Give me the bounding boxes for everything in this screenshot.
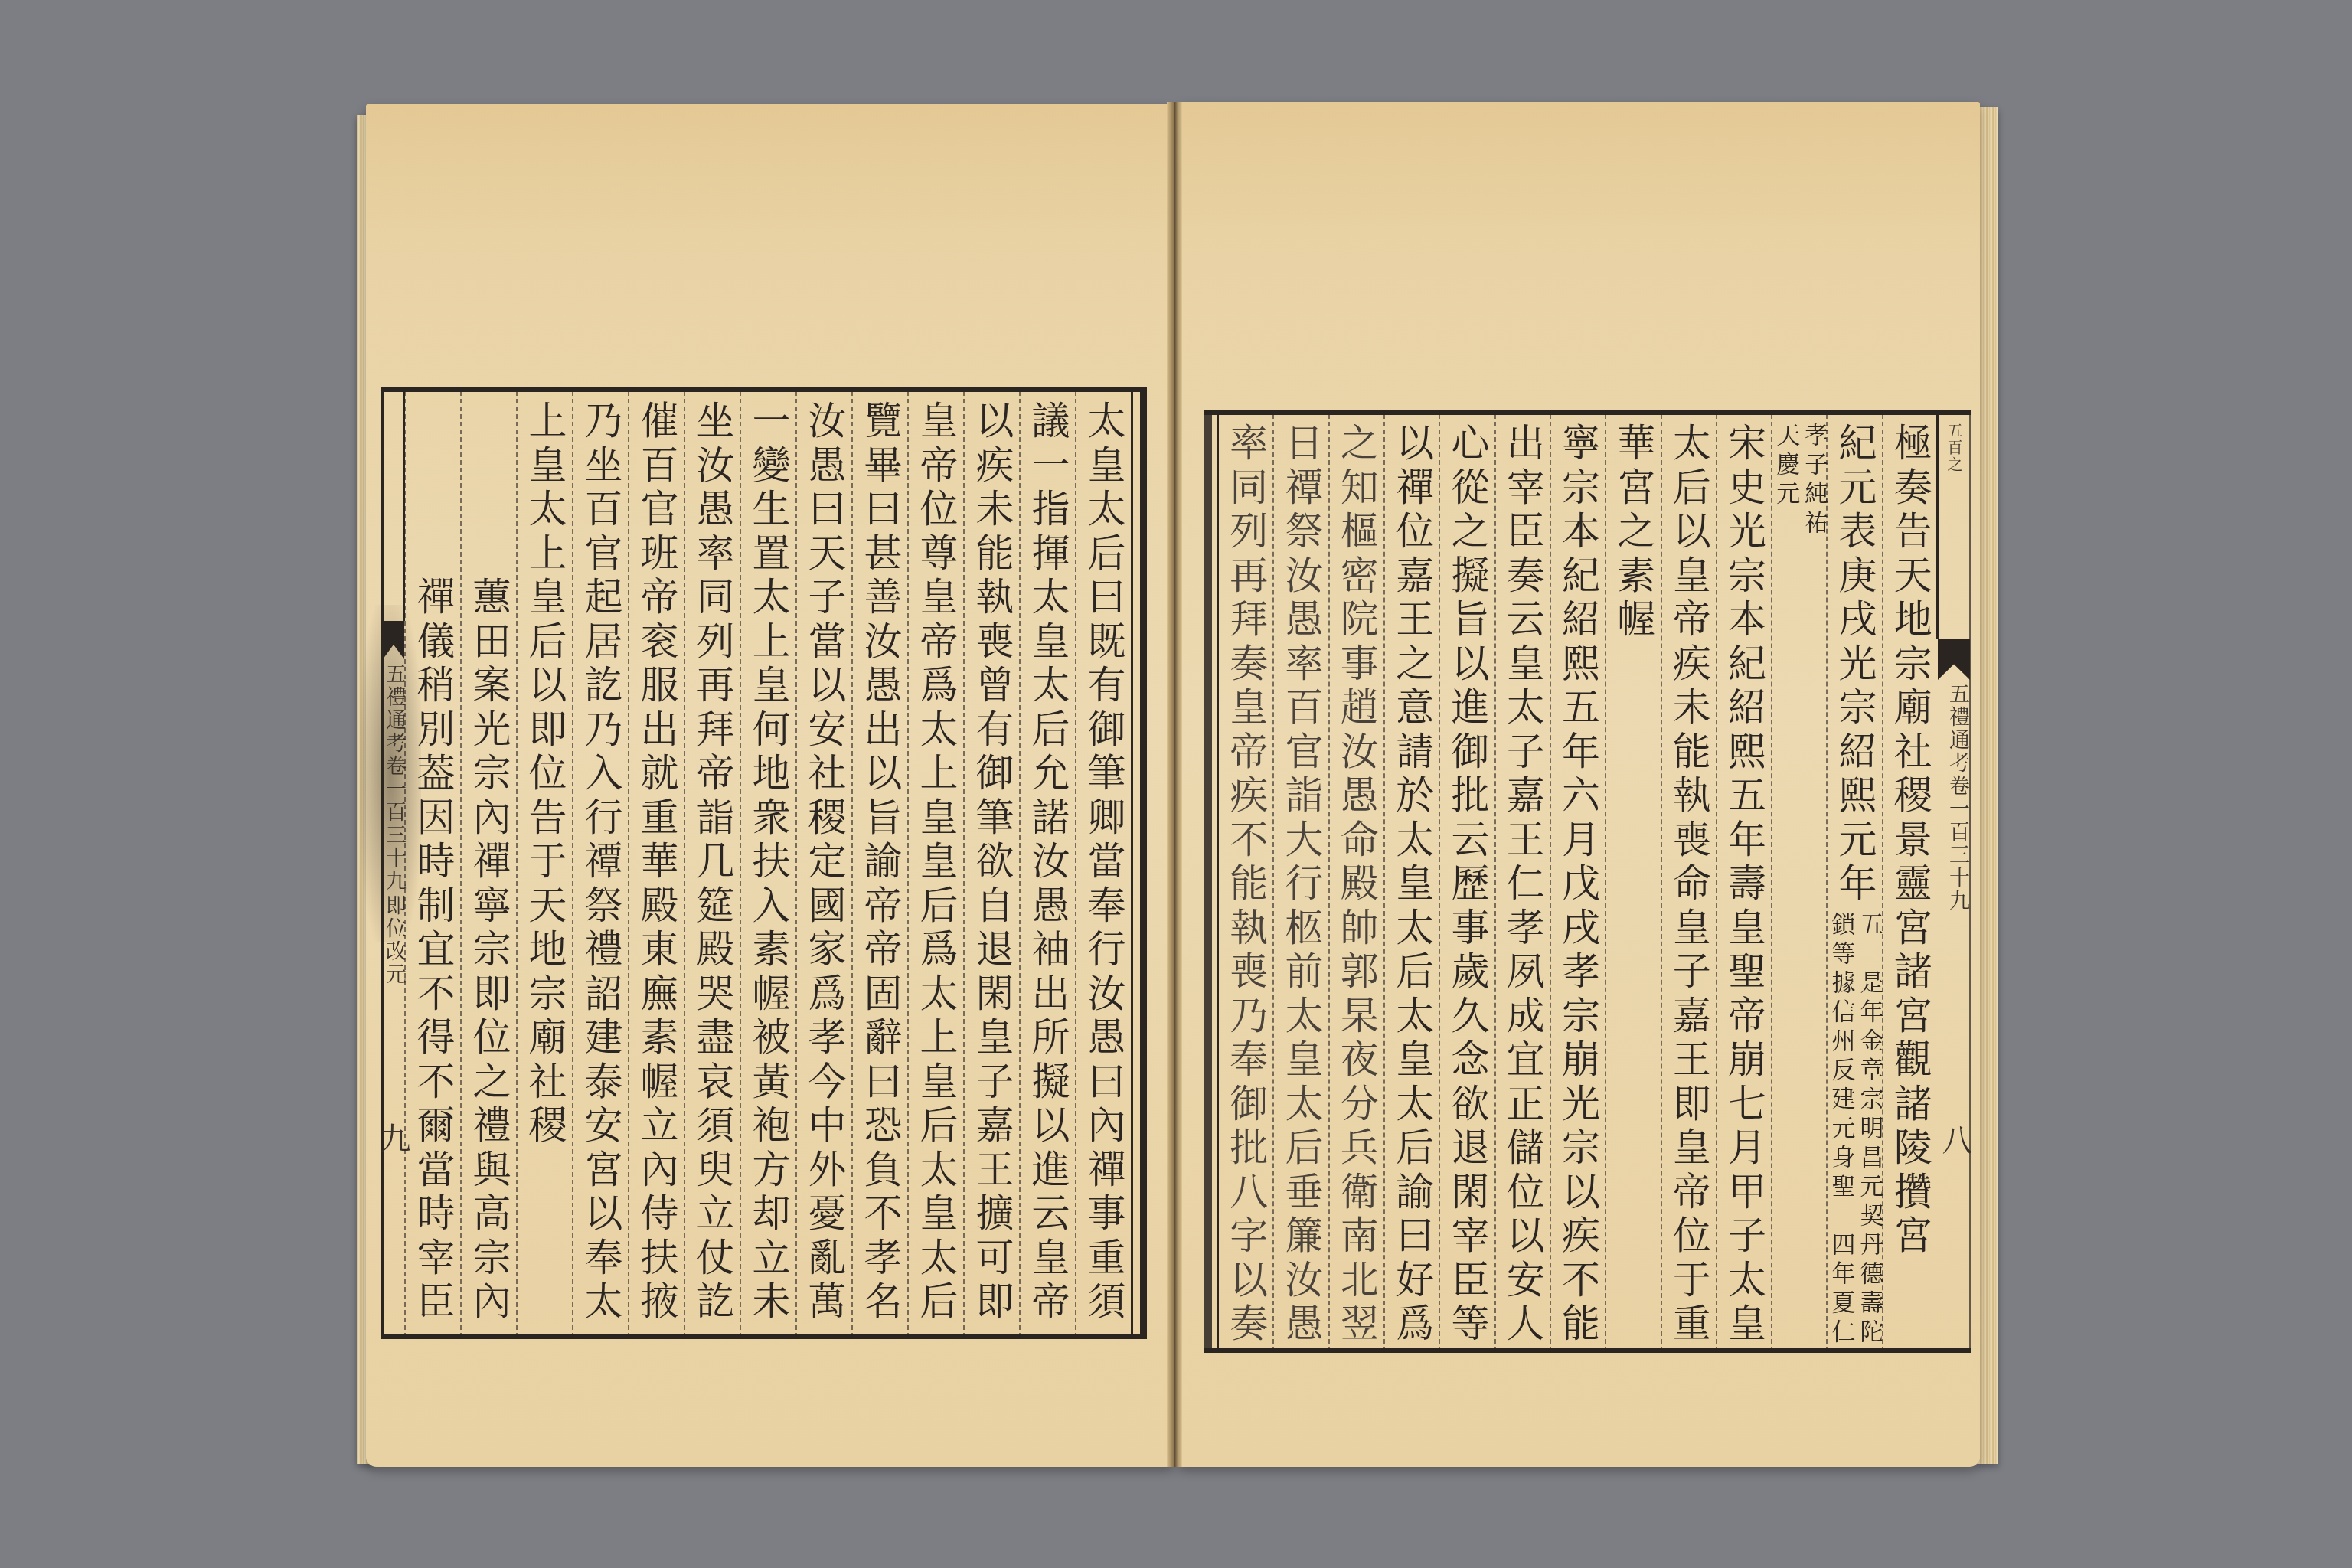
- column-text: 催百官班帝衮服出就重華殿東廡素幄立內侍扶掖: [638, 400, 676, 1325]
- text-column: 寧宗本紀紹熙五年六月戊戌孝宗崩光宗以疾不能: [1550, 414, 1605, 1351]
- column-text: 宋史光宗本紀紹熙五年壽皇聖帝崩七月甲子太皇: [1725, 423, 1763, 1347]
- text-column: 太皇太后曰既有御筆卿當奉行汝愚曰內禪事重須: [1075, 391, 1131, 1338]
- banxin-section-title: 即位改元: [383, 894, 404, 986]
- text-column: 乃坐百官起居訖乃入行禫祭禮詔建泰安宮以奉太: [572, 391, 628, 1338]
- page-number: 八: [1941, 1124, 1970, 1155]
- text-column: 一變生置太上皇何地衆扶入素幄被黃袍方却立未: [740, 391, 795, 1338]
- column-text: 以疾未能執喪曾有御筆欲自退閑皇子嘉王擴可即: [973, 400, 1011, 1325]
- frame-fold-rule: [1969, 410, 1971, 1353]
- column-text: 之知樞密院事趙汝愚命殿帥郭杲夜分兵衛南北翌: [1338, 423, 1376, 1347]
- column-text: 坐汝愚率同列再拜帝詣几筵殿哭盡哀須臾立仗訖: [694, 400, 732, 1325]
- commentary-column: 蕙田案光宗內禪寧宗即位之禮與高宗內: [460, 391, 516, 1338]
- column-text: 蕙田案光宗內禪寧宗即位之禮與高宗內: [470, 577, 508, 1325]
- column-text: 以禪位嘉王之意請於太皇太后太皇太后諭曰好爲: [1393, 423, 1431, 1347]
- annotation-note: 五 是年金章宗明昌元契丹德壽陀 鎖等據信州反建元身聖 四年夏仁: [1829, 912, 1881, 1348]
- text-column: 皇帝位尊皇帝爲太上皇皇后爲太上皇后太皇太后: [907, 391, 963, 1338]
- column-text: 禪儀稍別葢因時制宜不得不爾當時宰臣: [414, 577, 452, 1325]
- text-column: 催百官班帝衮服出就重華殿東廡素幄立內侍扶掖: [628, 391, 684, 1338]
- column-text: 上皇太上皇后以即位告于天地宗廟社稷: [526, 400, 564, 1149]
- text-column: 汝愚曰天子當以安社稷定國家爲孝今中外憂亂萬: [795, 391, 851, 1338]
- annotation-column: 孝子純祐 天慶元: [1771, 414, 1826, 1351]
- annotation-left: 鎖等據信州反建元身聖 四年夏仁: [1829, 912, 1853, 1348]
- text-column: 以疾未能執喪曾有御筆欲自退閑皇子嘉王擴可即: [963, 391, 1019, 1338]
- commentary-column: 禪儀稍別葢因時制宜不得不爾當時宰臣: [404, 391, 460, 1338]
- column-text: 太皇太后曰既有御筆卿當奉行汝愚曰內禪事重須: [1085, 400, 1123, 1325]
- text-column-with-annotation: 紀元表庚戌光宗紹熙元年 五 是年金章宗明昌元契丹德壽陀 鎖等據信州反建元身聖 四…: [1826, 414, 1881, 1351]
- column-text: 乃坐百官起居訖乃入行禫祭禮詔建泰安宮以奉太: [582, 400, 620, 1325]
- annotation-left: 天慶元: [1773, 423, 1797, 539]
- banxin-book-title: 五禮通考卷一百三十九: [383, 663, 404, 893]
- text-column: 率同列再拜奏皇帝疾不能執喪乃奉御批八字以奏: [1217, 414, 1272, 1351]
- text-column: 心從之擬旨以進御批云歷事歲久念欲退閑宰臣等: [1439, 414, 1494, 1351]
- banxin-book-title: 五禮通考卷一百三十九: [1945, 683, 1968, 913]
- text-column: 日禫祭汝愚率百官詣大行柩前太皇太后垂簾汝愚: [1272, 414, 1328, 1351]
- frame-inner-rule: [1131, 387, 1133, 1339]
- column-text: 日禫祭汝愚率百官詣大行柩前太皇太后垂簾汝愚: [1282, 423, 1321, 1347]
- text-column: 坐汝愚率同列再拜帝詣几筵殿哭盡哀須臾立仗訖: [684, 391, 740, 1338]
- column-text: 一變生置太上皇何地衆扶入素幄被黃袍方却立未: [750, 400, 788, 1325]
- annotation-right: 五 是年金章宗明昌元契丹德壽陀: [1857, 912, 1881, 1348]
- frame-outer-rule: [1204, 410, 1212, 1353]
- column-text: 心從之擬旨以進御批云歷事歲久念欲退閑宰臣等: [1448, 423, 1486, 1347]
- right-page-edge-stack: [1977, 107, 1998, 1464]
- text-column: 出宰臣奏云皇太子嘉王仁孝夙成宜正儲位以安人: [1494, 414, 1550, 1351]
- text-column: 宋史光宗本紀紹熙五年壽皇聖帝崩七月甲子太皇: [1716, 414, 1771, 1351]
- column-text: 太后以皇帝疾未能執喪命皇子嘉王即皇帝位于重: [1670, 423, 1708, 1347]
- text-column: 議一指揮太皇太后允諾汝愚袖出所擬以進云皇帝: [1019, 391, 1075, 1338]
- column-text: 紀元表庚戌光宗紹熙元年: [1836, 423, 1874, 907]
- text-column: 之知樞密院事趙汝愚命殿帥郭杲夜分兵衛南北翌: [1328, 414, 1383, 1351]
- frame-outer-rule: [1140, 387, 1147, 1339]
- column-text: 極奏告天地宗廟社稷景靈宮諸宮觀諸陵攢宮: [1891, 423, 1929, 1259]
- text-column: 太后以皇帝疾未能執喪命皇子嘉王即皇帝位于重: [1661, 414, 1716, 1351]
- column-text: 皇帝位尊皇帝爲太上皇皇后爲太上皇后太皇太后: [917, 400, 955, 1325]
- text-column: 極奏告天地宗廟社稷景靈宮諸宮觀諸陵攢宮: [1882, 414, 1937, 1351]
- annotation-right: 孝子純祐: [1802, 423, 1825, 539]
- column-text: 出宰臣奏云皇太子嘉王仁孝夙成宜正儲位以安人: [1504, 423, 1542, 1347]
- column-text: 華宮之素幄: [1614, 423, 1652, 643]
- text-column: 以禪位嘉王之意請於太皇太后太皇太后諭曰好爲: [1383, 414, 1439, 1351]
- annotation-note: 孝子純祐 天慶元: [1773, 423, 1825, 539]
- column-text: 率同列再拜奏皇帝疾不能執喪乃奉御批八字以奏: [1227, 423, 1265, 1347]
- corner-note: 五百之: [1943, 423, 1962, 473]
- text-column: 華宮之素幄: [1605, 414, 1660, 1351]
- book-gutter: [1167, 102, 1182, 1467]
- column-text: 覽畢曰甚善汝愚出以旨諭帝帝固辭曰恐負不孝名: [861, 400, 900, 1325]
- column-text: 汝愚曰天子當以安社稷定國家爲孝今中外憂亂萬: [805, 400, 844, 1325]
- text-column: 上皇太上皇后以即位告于天地宗廟社稷: [516, 391, 572, 1338]
- text-column: 覽畢曰甚善汝愚出以旨諭帝帝固辭曰恐負不孝名: [851, 391, 907, 1338]
- column-text: 議一指揮太皇太后允諾汝愚袖出所擬以進云皇帝: [1029, 400, 1067, 1325]
- column-text: 寧宗本紀紹熙五年六月戊戌孝宗崩光宗以疾不能: [1559, 423, 1597, 1347]
